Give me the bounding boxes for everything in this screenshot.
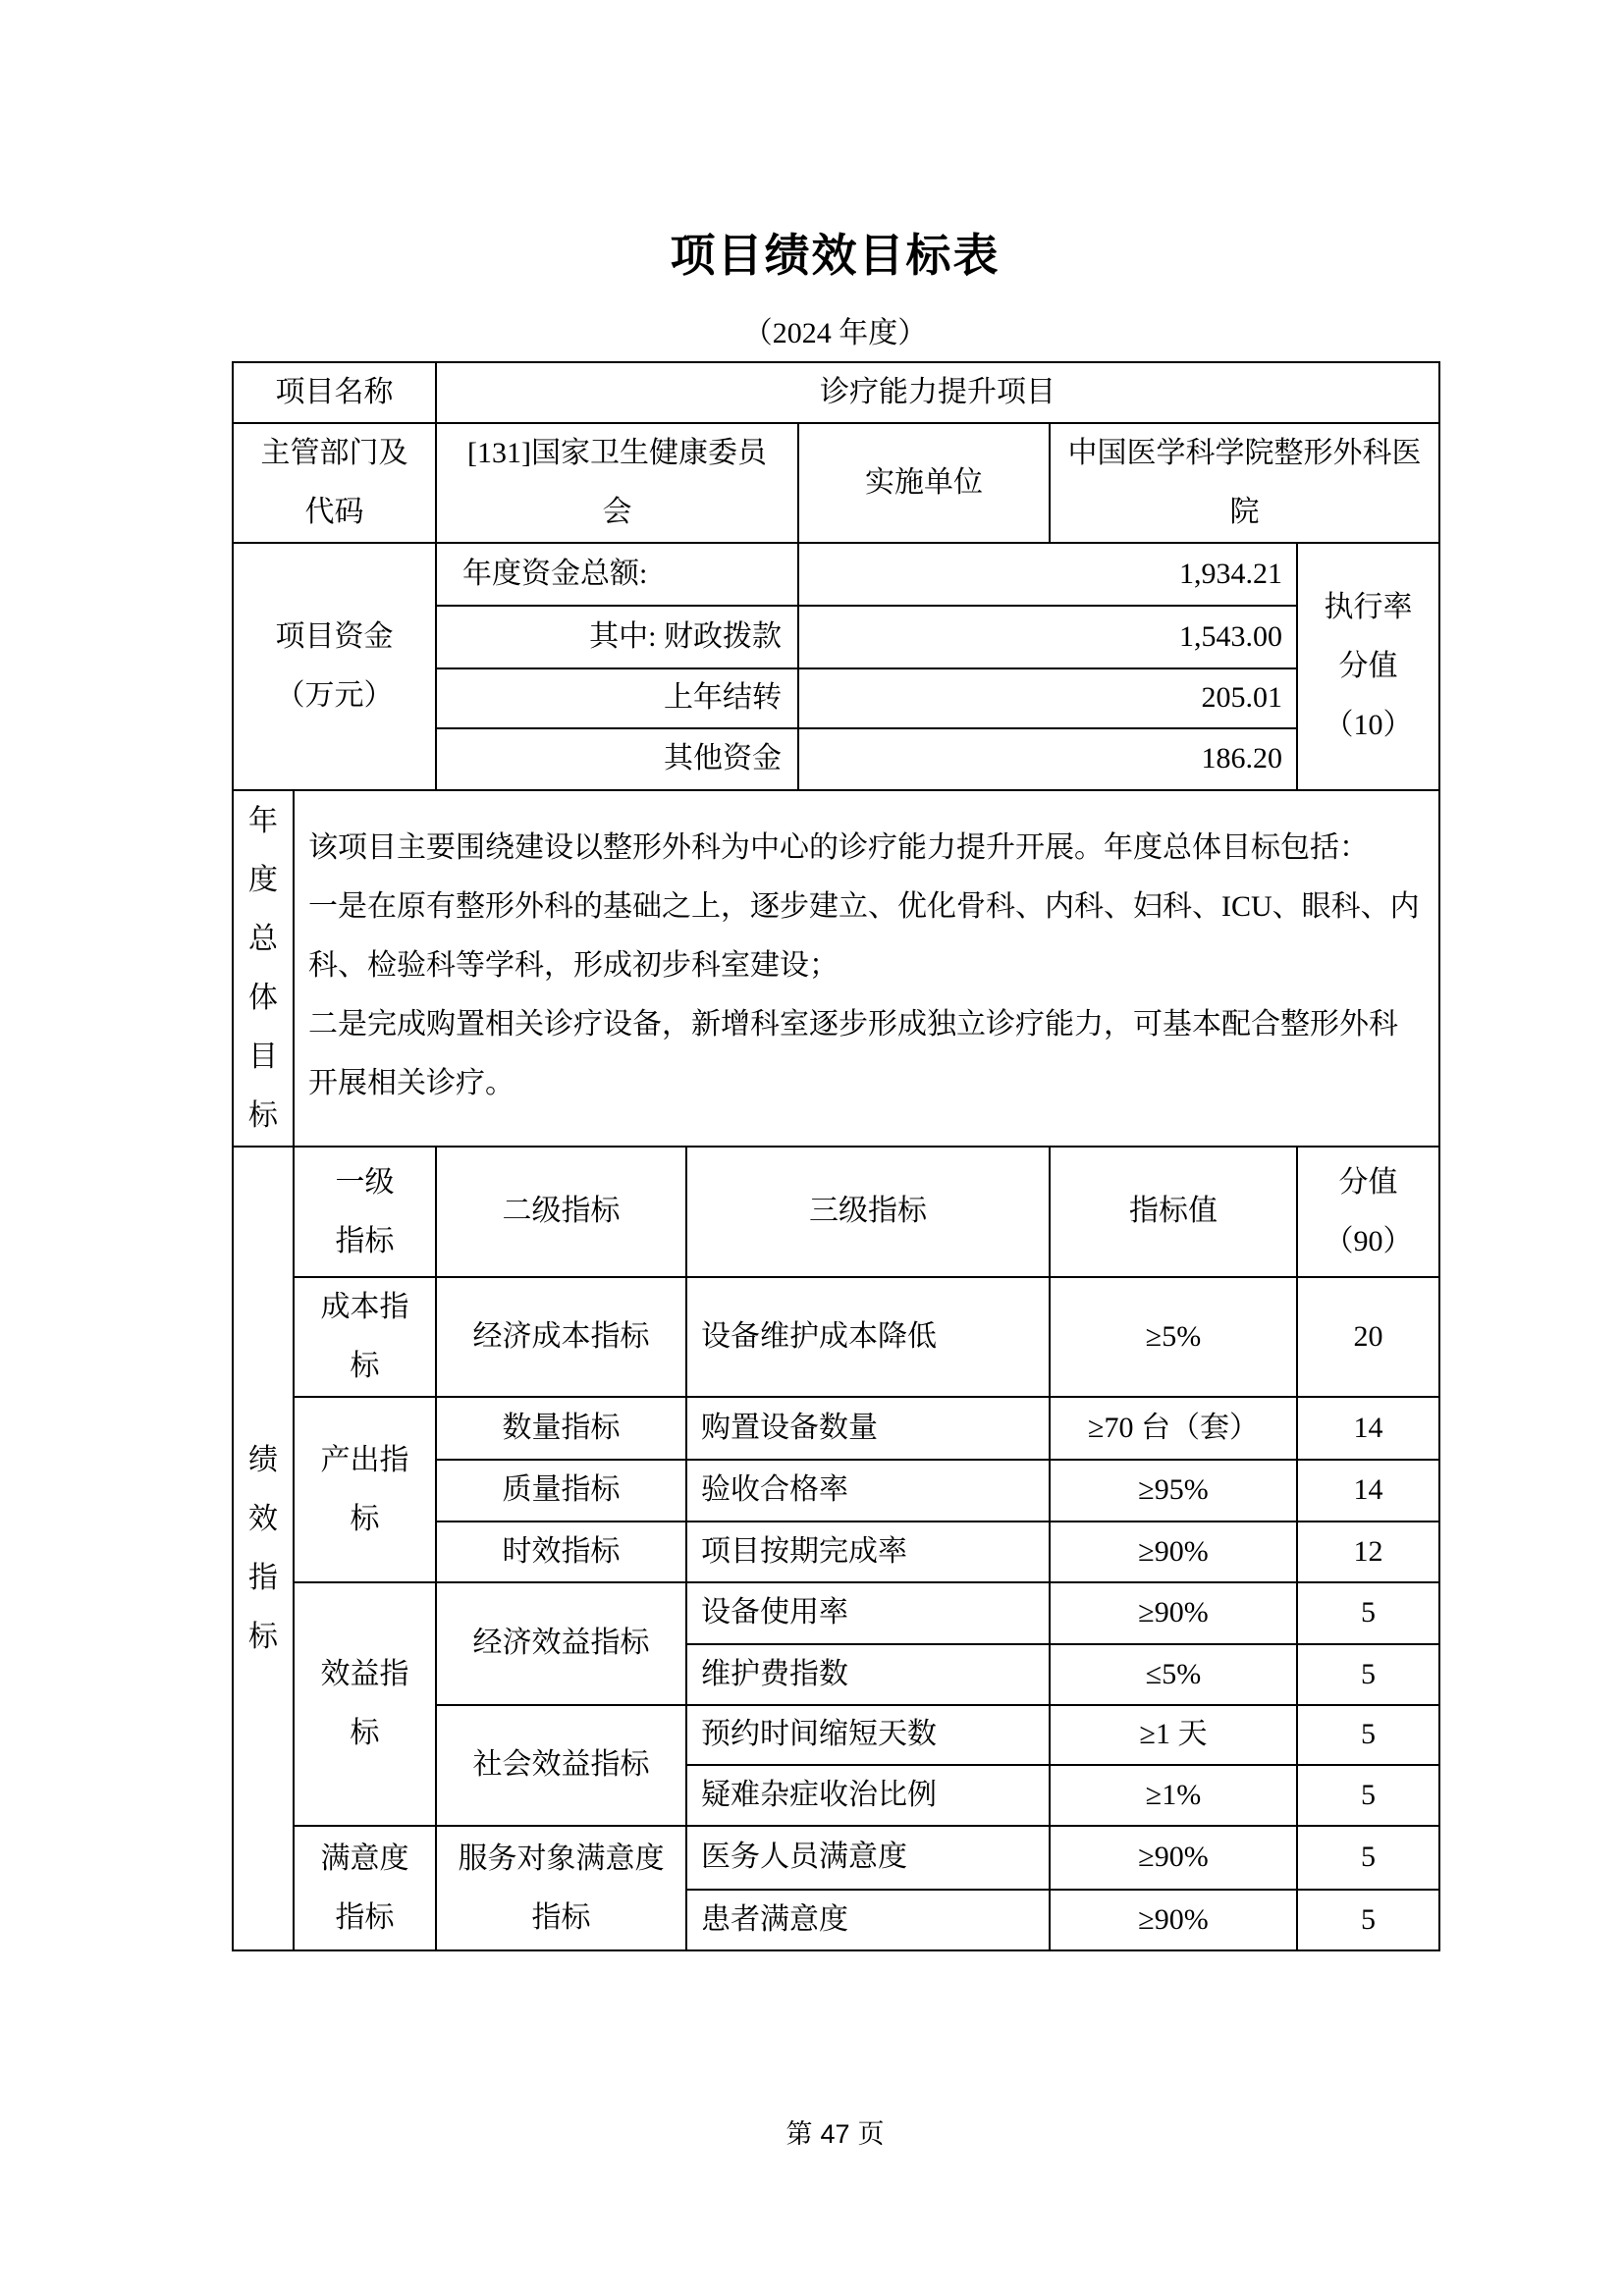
indicator-row: 成本指 标 经济成本指标 设备维护成本降低 ≥5% 20 — [233, 1277, 1439, 1397]
level2-economic-benefit: 经济效益指标 — [436, 1582, 686, 1705]
indicators-section-label: 绩 效 指 标 — [233, 1147, 294, 1950]
value-cell: ≥5% — [1050, 1277, 1297, 1397]
level3-cell: 疑难杂症收治比例 — [686, 1765, 1050, 1826]
indicator-header-row: 绩 效 指 标 一级 指标 二级指标 三级指标 指标值 分值 （90） — [233, 1147, 1439, 1277]
level2-service-satisfaction: 服务对象满意度 指标 — [436, 1826, 686, 1950]
level3-cell: 维护费指数 — [686, 1644, 1050, 1705]
score-cell: 5 — [1297, 1765, 1439, 1826]
annual-goal-content: 该项目主要围绕建设以整形外科为中心的诊疗能力提升开展。年度总体目标包括： 一是在… — [294, 790, 1439, 1147]
score-cell: 5 — [1297, 1826, 1439, 1890]
execution-score-label: 执行率 分值 （10） — [1297, 543, 1439, 790]
funding-item-label: 其他资金 — [436, 728, 798, 790]
funding-item-amount: 205.01 — [798, 668, 1297, 728]
annual-goal-label: 年 度 总 体 目 标 — [233, 790, 294, 1147]
value-cell: ≥90% — [1050, 1582, 1297, 1644]
score-cell: 20 — [1297, 1277, 1439, 1397]
level2-timeliness: 时效指标 — [436, 1522, 686, 1582]
value-cell: ≥90% — [1050, 1890, 1297, 1950]
department-row: 主管部门及 代码 [131]国家卫生健康委员 会 实施单位 中国医学科学院整形外… — [233, 423, 1439, 543]
score-cell: 12 — [1297, 1522, 1439, 1582]
level3-cell: 患者满意度 — [686, 1890, 1050, 1950]
page-title: 项目绩效目标表 — [232, 220, 1438, 285]
level3-cell: 预约时间缩短天数 — [686, 1705, 1050, 1765]
level2-social-benefit: 社会效益指标 — [436, 1705, 686, 1826]
level1-output: 产出指 标 — [294, 1397, 436, 1582]
header-level2: 二级指标 — [436, 1147, 686, 1277]
value-cell: ≥1% — [1050, 1765, 1297, 1826]
footer-suffix: 页 — [858, 2119, 885, 2149]
header-score: 分值 （90） — [1297, 1147, 1439, 1277]
project-name-value: 诊疗能力提升项目 — [436, 362, 1439, 423]
level3-cell: 验收合格率 — [686, 1460, 1050, 1522]
score-cell: 14 — [1297, 1460, 1439, 1522]
level1-satisfaction: 满意度 指标 — [294, 1826, 436, 1950]
document-page: 项目绩效目标表 （2024 年度） 项目名称 诊疗能力提升项目 主管部门及 代码… — [0, 0, 1624, 2296]
project-name-label: 项目名称 — [233, 362, 436, 423]
value-cell: ≥95% — [1050, 1460, 1297, 1522]
level3-cell: 医务人员满意度 — [686, 1826, 1050, 1890]
project-name-row: 项目名称 诊疗能力提升项目 — [233, 362, 1439, 423]
score-cell: 5 — [1297, 1582, 1439, 1644]
header-value: 指标值 — [1050, 1147, 1297, 1277]
performance-target-table: 项目名称 诊疗能力提升项目 主管部门及 代码 [131]国家卫生健康委员 会 实… — [232, 361, 1440, 1951]
funding-item-amount: 186.20 — [798, 728, 1297, 790]
department-value: [131]国家卫生健康委员 会 — [436, 423, 798, 543]
indicator-row: 产出指 标 数量指标 购置设备数量 ≥70 台（套） 14 — [233, 1397, 1439, 1460]
funding-item-amount: 1,543.00 — [798, 606, 1297, 668]
score-cell: 5 — [1297, 1705, 1439, 1765]
annual-goal-row: 年 度 总 体 目 标 该项目主要围绕建设以整形外科为中心的诊疗能力提升开展。年… — [233, 790, 1439, 1147]
level2-economic-cost: 经济成本指标 — [436, 1277, 686, 1397]
value-cell: ≥1 天 — [1050, 1705, 1297, 1765]
footer-page-number: 47 — [812, 2119, 857, 2149]
funding-item-amount: 1,934.21 — [798, 543, 1297, 606]
implementing-unit-label: 实施单位 — [798, 423, 1050, 543]
level3-cell: 设备使用率 — [686, 1582, 1050, 1644]
page-subtitle: （2024 年度） — [232, 308, 1438, 351]
indicator-row: 满意度 指标 服务对象满意度 指标 医务人员满意度 ≥90% 5 — [233, 1826, 1439, 1890]
level2-quantity: 数量指标 — [436, 1397, 686, 1460]
footer-prefix: 第 — [785, 2119, 812, 2149]
funding-item-label: 年度资金总额: — [436, 543, 798, 606]
value-cell: ≥90% — [1050, 1522, 1297, 1582]
funding-item-label: 上年结转 — [436, 668, 798, 728]
page-footer: 第47页 — [232, 2112, 1438, 2151]
indicator-row: 效益指 标 经济效益指标 设备使用率 ≥90% 5 — [233, 1582, 1439, 1644]
score-cell: 14 — [1297, 1397, 1439, 1460]
value-cell: ≥70 台（套） — [1050, 1397, 1297, 1460]
department-label: 主管部门及 代码 — [233, 423, 436, 543]
value-cell: ≤5% — [1050, 1644, 1297, 1705]
level3-cell: 项目按期完成率 — [686, 1522, 1050, 1582]
funding-row: 项目资金 （万元） 年度资金总额: 1,934.21 执行率 分值 （10） — [233, 543, 1439, 606]
value-cell: ≥90% — [1050, 1826, 1297, 1890]
funding-label: 项目资金 （万元） — [233, 543, 436, 790]
header-level1: 一级 指标 — [294, 1147, 436, 1277]
score-cell: 5 — [1297, 1644, 1439, 1705]
level3-cell: 设备维护成本降低 — [686, 1277, 1050, 1397]
implementing-unit-value: 中国医学科学院整形外科医 院 — [1050, 423, 1439, 543]
score-cell: 5 — [1297, 1890, 1439, 1950]
level1-cost: 成本指 标 — [294, 1277, 436, 1397]
level2-quality: 质量指标 — [436, 1460, 686, 1522]
level1-benefit: 效益指 标 — [294, 1582, 436, 1826]
header-level3: 三级指标 — [686, 1147, 1050, 1277]
funding-item-label: 其中: 财政拨款 — [436, 606, 798, 668]
level3-cell: 购置设备数量 — [686, 1397, 1050, 1460]
